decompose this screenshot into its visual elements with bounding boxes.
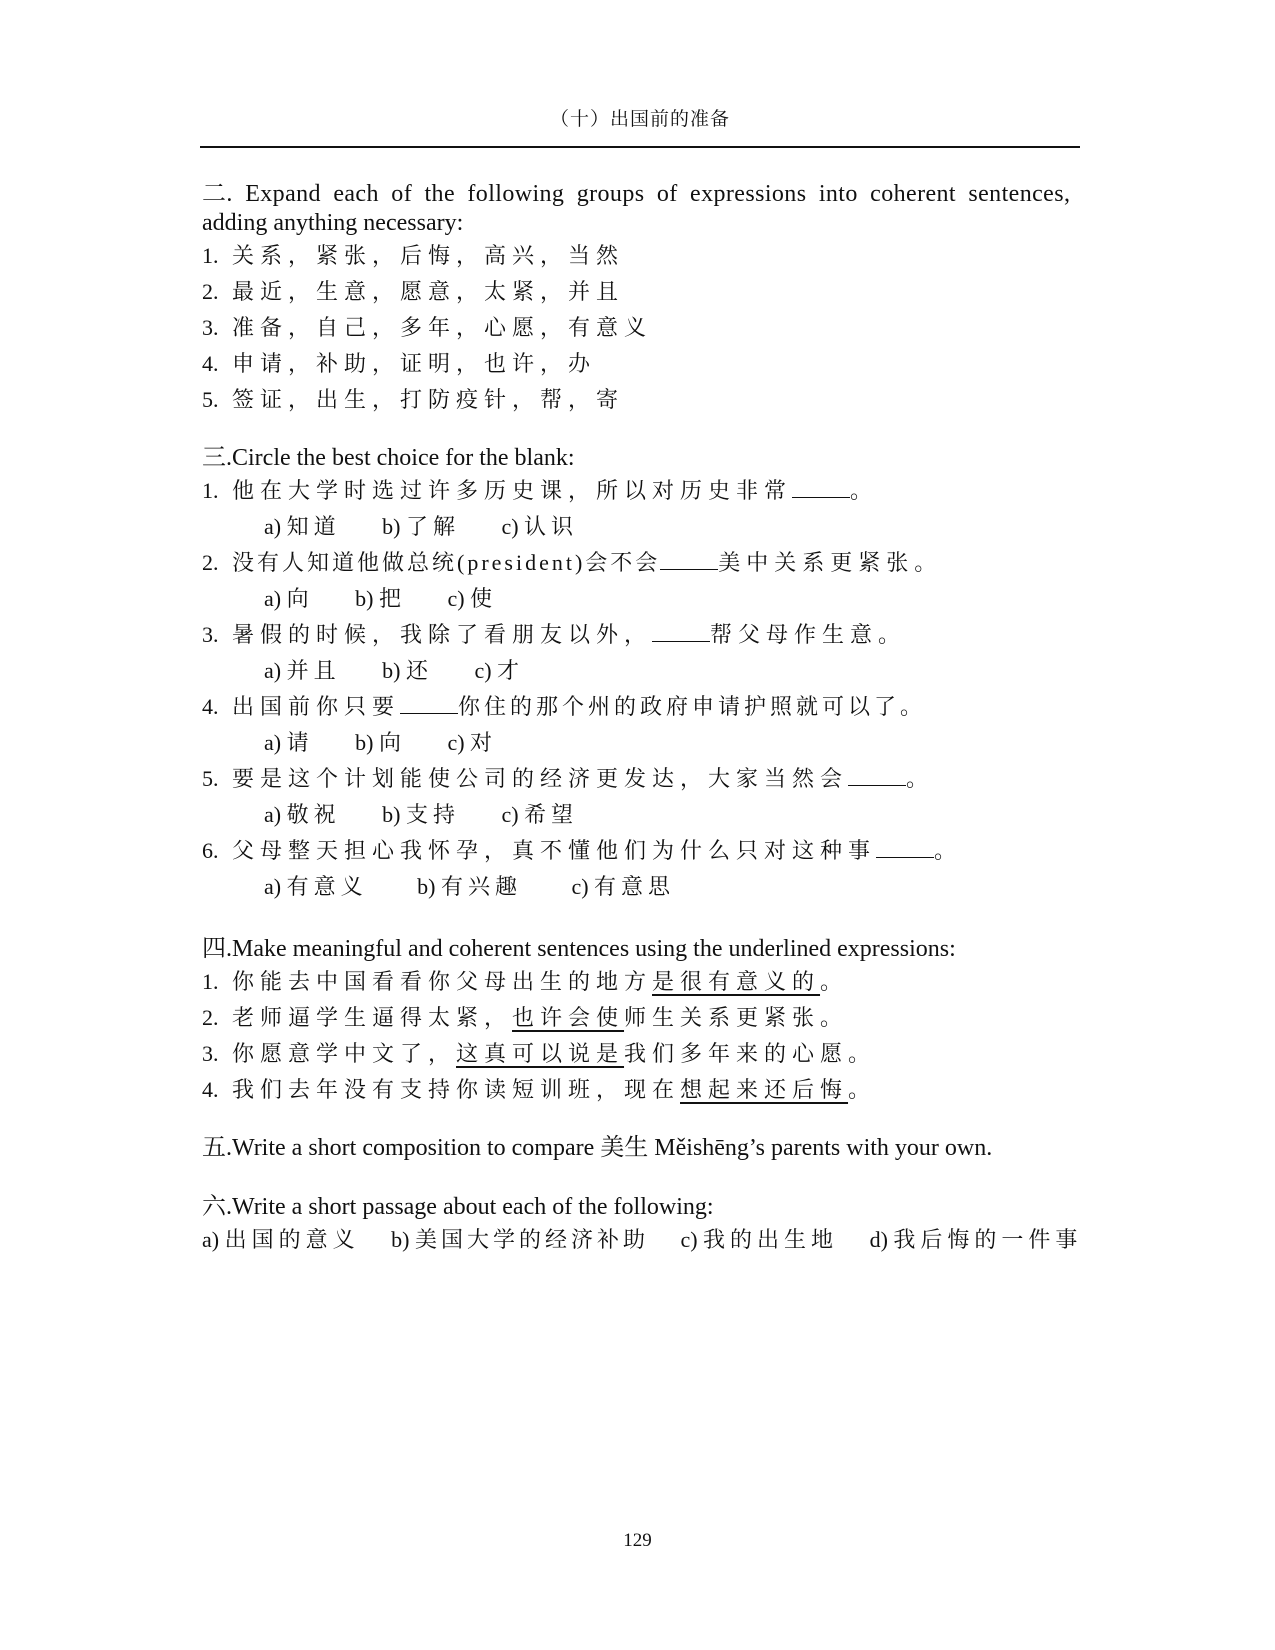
option-b: b) 向 [355,725,406,761]
topic-list: a) 出国的意义 b) 美国大学的经济补助 c) 我的出生地 d) 我后悔的一件… [202,1222,1078,1258]
section-short-passage: 六.Write a short passage about each of th… [202,1193,1078,1258]
exercise-content: 二. Expand each of the following groups o… [202,180,1078,1258]
topic-a: a) 出国的意义 [202,1222,360,1258]
option-c: c) 对 [447,725,497,761]
section-marker: 六. [202,1194,232,1220]
option-a: a) 并且 [264,653,341,689]
option-c: c) 希望 [501,797,578,833]
list-item: 2.老师逼学生逼得太紧，也许会使师生关系更紧张。 [202,1000,1078,1036]
list-item: 2.最近，生意，愿意，太紧，并且 [202,274,1078,310]
underlined-expression: 这真可以说是 [456,1041,624,1066]
option-a: a) 请 [264,725,314,761]
list-item: 5.签证，出生，打防疫针，帮，寄 [202,382,1078,418]
option-c: c) 认识 [501,509,578,545]
answer-blank [848,765,906,786]
section-6-instruction: 六.Write a short passage about each of th… [202,1193,1078,1222]
answer-options: a) 并且 b) 还 c) 才 [202,653,1078,689]
option-b: b) 有兴趣 [417,869,522,905]
header-divider [200,146,1080,148]
question: 3.暑假的时候，我除了看朋友以外，帮父母作生意。 [202,617,1078,653]
answer-options: a) 请 b) 向 c) 对 [202,725,1078,761]
question: 4.出国前你只要你住的那个州的政府申请护照就可以了。 [202,689,1078,725]
option-c: c) 有意思 [571,869,675,905]
option-b: b) 了解 [382,509,460,545]
section-4-instruction: 四.Make meaningful and coherent sentences… [202,935,1078,964]
section-expand-sentences: 二. Expand each of the following groups o… [202,180,1078,418]
answer-blank [660,549,718,570]
question: 1.他在大学时选过许多历史课，所以对历史非常。 [202,473,1078,509]
question: 6.父母整天担心我怀孕，真不懂他们为什么只对这种事。 [202,833,1078,869]
list-item: 1.关系，紧张，后悔，高兴，当然 [202,238,1078,274]
topic-d: d) 我后悔的一件事 [870,1222,1083,1258]
option-c: c) 才 [474,653,524,689]
underlined-expression: 是很有意义的 [652,969,820,994]
section-marker: 三. [202,445,232,471]
section-marker: 二. [202,181,233,207]
section-marker: 四. [202,936,232,962]
chinese-name: 美生 [600,1135,648,1161]
section-composition: 五.Write a short composition to compare 美… [202,1134,1078,1163]
option-b: b) 支持 [382,797,460,833]
option-b: b) 把 [355,581,406,617]
answer-options: a) 知道 b) 了解 c) 认识 [202,509,1078,545]
option-a: a) 敬祝 [264,797,341,833]
option-a: a) 向 [264,581,314,617]
answer-blank [792,477,850,498]
section-multiple-choice: 三.Circle the best choice for the blank: … [202,444,1078,905]
underlined-expression: 想起来还后悔 [680,1077,848,1102]
section-underlined-expressions: 四.Make meaningful and coherent sentences… [202,935,1078,1108]
section-marker: 五. [202,1135,232,1161]
answer-options: a) 有意义 b) 有兴趣 c) 有意思 [202,869,1078,905]
list-item: 4.我们去年没有支持你读短训班，现在想起来还后悔。 [202,1072,1078,1108]
option-a: a) 知道 [264,509,341,545]
section-2-instruction: 二. Expand each of the following groups o… [202,180,1078,209]
answer-blank [652,621,710,642]
list-item: 4.申请，补助，证明，也许，办 [202,346,1078,382]
list-item: 1.你能去中国看看你父母出生的地方是很有意义的。 [202,964,1078,1000]
topic-c: c) 我的出生地 [680,1222,838,1258]
underlined-expression: 也许会使 [512,1005,624,1030]
page-number: 129 [0,1530,1275,1552]
section-5-instruction: 五.Write a short composition to compare 美… [202,1134,1078,1163]
option-c: c) 使 [447,581,497,617]
question: 2.没有人知道他做总统(president)会不会美中关系更紧张。 [202,545,1078,581]
answer-options: a) 敬祝 b) 支持 c) 希望 [202,797,1078,833]
option-a: a) 有意义 [264,869,368,905]
option-b: b) 还 [382,653,433,689]
list-item: 3.你愿意学中文了，这真可以说是我们多年来的心愿。 [202,1036,1078,1072]
answer-blank [876,837,934,858]
list-item: 3.准备，自己，多年，心愿，有意义 [202,310,1078,346]
answer-options: a) 向 b) 把 c) 使 [202,581,1078,617]
question: 5.要是这个计划能使公司的经济更发达，大家当然会。 [202,761,1078,797]
chapter-header: （十）出国前的准备 [200,104,1080,131]
answer-blank [400,693,458,714]
section-3-instruction: 三.Circle the best choice for the blank: [202,444,1078,473]
section-2-instruction-cont: adding anything necessary: [202,209,1078,238]
topic-b: b) 美国大学的经济补助 [391,1222,649,1258]
